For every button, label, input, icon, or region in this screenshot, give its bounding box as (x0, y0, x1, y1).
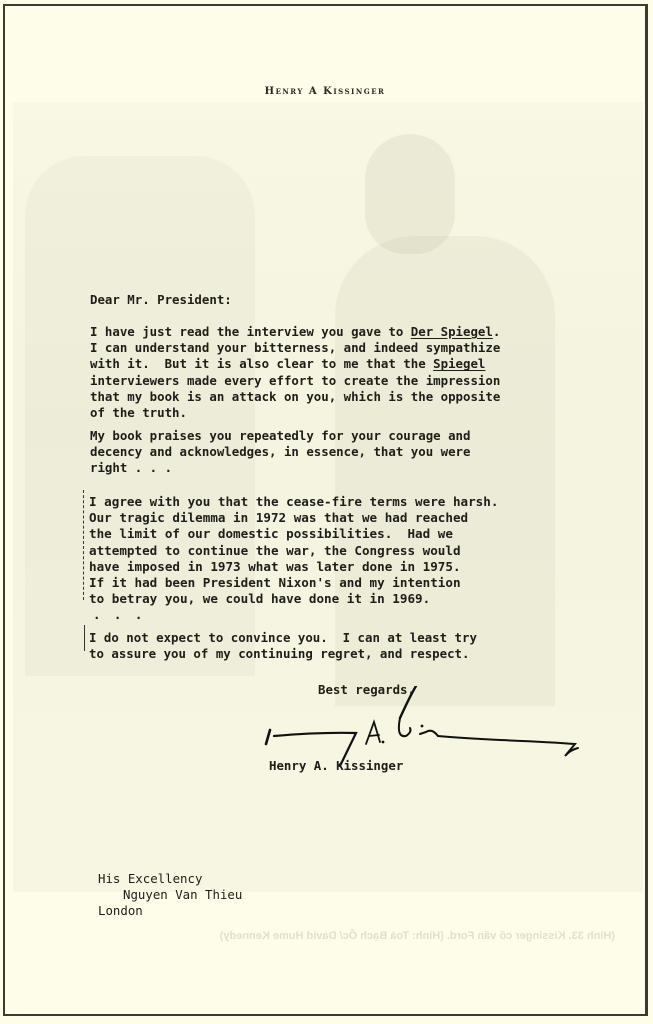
paragraph-3-line: If it had been President Nixon's and my … (89, 575, 498, 591)
paragraph-3-line: attempted to continue the war, the Congr… (89, 543, 498, 559)
addressee-title: His Excellency (98, 871, 202, 887)
paragraph-3-line: I agree with you that the cease-fire ter… (89, 494, 498, 510)
paragraph-1: I have just read the interview you gave … (90, 324, 500, 421)
paragraph-4-line: I do not expect to convince you. I can a… (89, 630, 477, 646)
paragraph-1-line: that my book is an attack on you, which … (90, 389, 500, 405)
paragraph-3-line: to betray you, we could have done it in … (89, 591, 498, 607)
paragraph-1-line: with it. But it is also clear to me that… (90, 356, 500, 372)
underlined-publication: Der Spiegel (411, 324, 493, 339)
bleed-through-caption: (Hình 33. Kissinger cố vấn Ford. (Hình: … (95, 930, 615, 942)
paragraph-1-line: I have just read the interview you gave … (90, 324, 500, 340)
letterhead: Henry A Kissinger (5, 86, 645, 97)
addressee-name: Nguyen Van Thieu (123, 887, 242, 903)
paragraph-4: I do not expect to convince you. I can a… (89, 630, 477, 662)
paragraph-1-line: I can understand your bitterness, and in… (90, 340, 500, 356)
paragraph-3-line: the limit of our domestic possibilities.… (89, 526, 498, 542)
ellipsis: . . . (93, 607, 145, 623)
paragraph-1-line: interviewers made every effort to create… (90, 373, 500, 389)
paragraph-3: I agree with you that the cease-fire ter… (89, 494, 498, 607)
background-figure-head (365, 134, 455, 254)
paragraph-1-line: of the truth. (90, 405, 500, 421)
underlined-publication: Spiegel (433, 356, 485, 371)
paragraph-2-line: decency and acknowledges, in essence, th… (90, 444, 470, 460)
paragraph-2-line: right . . . (90, 460, 470, 476)
paragraph-3-line: have imposed in 1973 what was later done… (89, 559, 498, 575)
margin-marker-2 (84, 625, 85, 651)
margin-marker-1 (83, 490, 84, 600)
addressee-city: London (98, 903, 143, 919)
paragraph-4-line: to assure you of my continuing regret, a… (89, 646, 477, 662)
paragraph-3-line: Our tragic dilemma in 1972 was that we h… (89, 510, 498, 526)
signature-name: Henry A. Kissinger (269, 758, 403, 774)
paragraph-2-line: My book praises you repeatedly for your … (90, 428, 470, 444)
salutation: Dear Mr. President: (90, 292, 232, 308)
paragraph-2: My book praises you repeatedly for your … (90, 428, 470, 477)
letter-page: Henry A Kissinger Dear Mr. President: I … (3, 4, 648, 1016)
